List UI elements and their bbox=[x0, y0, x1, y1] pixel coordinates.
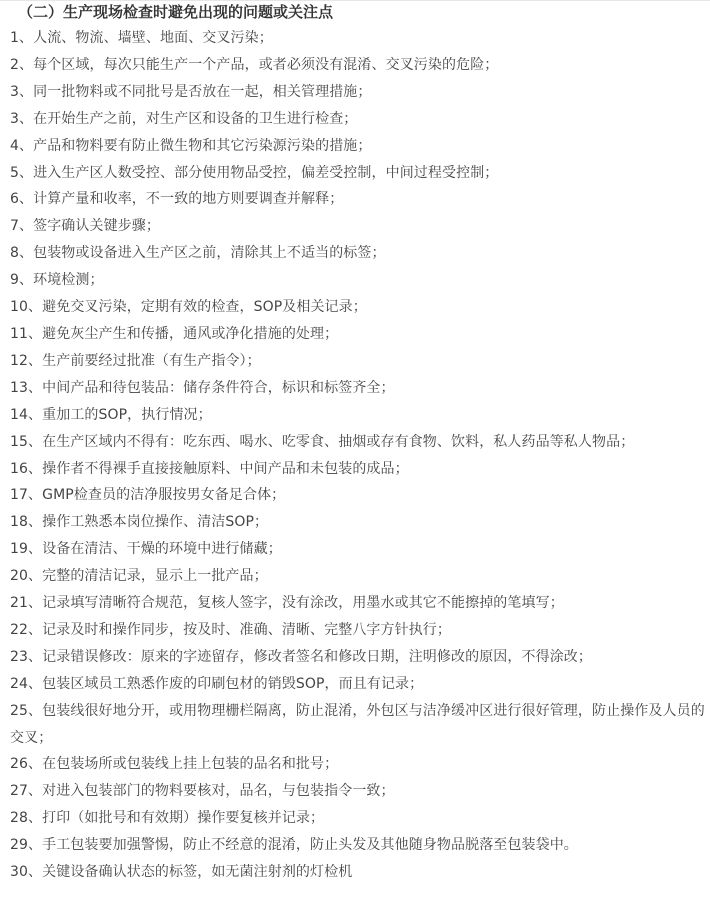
list-item: 9、环境检测； bbox=[10, 267, 706, 294]
list-item: 14、重加工的SOP，执行情况； bbox=[10, 402, 706, 429]
list-item: 3、同一批物料或不同批号是否放在一起，相关管理措施； bbox=[10, 79, 706, 106]
list-item: 1、人流、物流、墙壁、地面、交叉污染； bbox=[10, 25, 706, 52]
list-item: 29、手工包装要加强警惕，防止不经意的混淆，防止头发及其他随身物品脱落至包装袋中… bbox=[10, 832, 706, 859]
list-item: 16、操作者不得裸手直接接触原料、中间产品和未包装的成品； bbox=[10, 456, 706, 483]
list-item: 8、包装物或设备进入生产区之前，清除其上不适当的标签； bbox=[10, 240, 706, 267]
list-item: 19、设备在清洁、干燥的环境中进行储藏； bbox=[10, 536, 706, 563]
list-item: 7、签字确认关键步骤； bbox=[10, 213, 706, 240]
list-item: 24、包装区域员工熟悉作废的印刷包材的销毁SOP，而且有记录； bbox=[10, 671, 706, 698]
list-item: 18、操作工熟悉本岗位操作、清洁SOP； bbox=[10, 509, 706, 536]
list-item: 26、在包装场所或包装线上挂上包装的品名和批号； bbox=[10, 751, 706, 778]
list-item: 23、记录错误修改：原来的字迹留存，修改者签名和修改日期，注明修改的原因，不得涂… bbox=[10, 644, 706, 671]
list-item: 11、避免灰尘产生和传播，通风或净化措施的处理； bbox=[10, 321, 706, 348]
list-item: 21、记录填写清晰符合规范，复核人签字，没有涂改，用墨水或其它不能擦掉的笔填写； bbox=[10, 590, 706, 617]
list-item: 10、避免交叉污染，定期有效的检查，SOP及相关记录； bbox=[10, 294, 706, 321]
list-item: 30、关键设备确认状态的标签，如无菌注射剂的灯检机 bbox=[10, 859, 706, 886]
list-item: 25、包装线很好地分开，或用物理栅栏隔离，防止混淆，外包区与洁净缓冲区进行很好管… bbox=[10, 698, 706, 752]
list-item: 4、产品和物料要有防止微生物和其它污染源污染的措施； bbox=[10, 133, 706, 160]
list-item: 27、对进入包装部门的物料要核对，品名，与包装指令一致； bbox=[10, 778, 706, 805]
list-item: 5、进入生产区人数受控、部分使用物品受控，偏差受控制，中间过程受控制； bbox=[10, 160, 706, 187]
list-item: 20、完整的清洁记录，显示上一批产品； bbox=[10, 563, 706, 590]
list-item: 2、每个区域，每次只能生产一个产品，或者必须没有混淆、交叉污染的危险； bbox=[10, 52, 706, 79]
list-item: 6、计算产量和收率，不一致的地方则要调查并解释； bbox=[10, 186, 706, 213]
list-item: 3、在开始生产之前，对生产区和设备的卫生进行检查； bbox=[10, 106, 706, 133]
section-title: （二）生产现场检查时避免出现的问题或关注点 bbox=[10, 0, 706, 25]
list-item: 28、打印（如批号和有效期）操作要复核并记录； bbox=[10, 805, 706, 832]
list-item: 13、中间产品和待包装品：储存条件符合，标识和标签齐全； bbox=[10, 375, 706, 402]
list-item: 12、生产前要经过批准（有生产指令）； bbox=[10, 348, 706, 375]
list-item: 17、GMP检查员的洁净服按男女备足合体； bbox=[10, 482, 706, 509]
list-item: 15、在生产区域内不得有：吃东西、喝水、吃零食、抽烟或存有食物、饮料，私人药品等… bbox=[10, 429, 706, 456]
list-item: 22、记录及时和操作同步，按及时、准确、清晰、完整八字方针执行； bbox=[10, 617, 706, 644]
document-body: （二）生产现场检查时避免出现的问题或关注点 1、人流、物流、墙壁、地面、交叉污染… bbox=[10, 0, 706, 886]
